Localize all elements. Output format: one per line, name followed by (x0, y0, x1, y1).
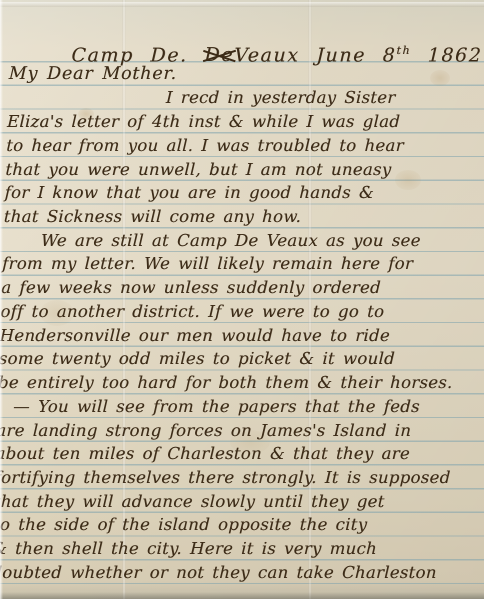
letter-scan: Camp De. DeVeaux June 8th 1862 My Dear M… (0, 0, 484, 599)
letter-line: doubted whether or not they can take Cha… (0, 561, 464, 585)
letter-line: — You will see from the papers that the … (0, 395, 470, 419)
letter-line: a few weeks now unless suddenly ordered (1, 276, 474, 300)
letter-line: I recd in yesterday Sister (8, 86, 481, 110)
scan-edge-highlight (0, 0, 3, 599)
heading-struck-word: De (204, 44, 234, 66)
handwritten-text: Camp De. DeVeaux June 8th 1862 My Dear M… (0, 39, 482, 585)
letter-line: We are still at Camp De Veaux as you see (3, 229, 476, 253)
letter-line: some twenty odd miles to picket & it wou… (0, 347, 471, 371)
scan-edge-shadow (0, 592, 484, 599)
letter-line: be entirely too hard for both them & the… (0, 371, 470, 395)
letter-line: that Sickness will come any how. (3, 205, 476, 229)
fold-crease-top (0, 2, 484, 7)
letter-line: for I know that you are in good hands & (4, 181, 477, 205)
letter-line: Hendersonville our men would have to rid… (0, 324, 472, 348)
heading-ordinal-suffix: th (396, 44, 411, 57)
letter-line: that you were unwell, but I am not uneas… (5, 158, 478, 182)
letter-line: to the side of the island opposite the c… (0, 513, 465, 537)
letter-heading: Camp De. DeVeaux June 8th 1862 (9, 39, 482, 63)
letter-line: to hear from you all. I was troubled to … (6, 134, 479, 158)
letter-line: are landing strong forces on James's Isl… (0, 419, 469, 443)
letter-line: from my letter. We will likely remain he… (2, 252, 475, 276)
letter-line: that they will advance slowly until they… (0, 490, 466, 514)
letter-line: off to another district. If we were to g… (0, 300, 473, 324)
letter-line: & then shell the city. Here it is very m… (0, 537, 465, 561)
letter-line: about ten miles of Charleston & that the… (0, 442, 468, 466)
letter-line: fortifying themselves there strongly. It… (0, 466, 467, 490)
letter-line: Eliza's letter of 4th inst & while I was… (7, 110, 480, 134)
heading-place-suffix: Veaux June 8 (234, 44, 397, 66)
heading-year: 1862 (411, 44, 483, 66)
